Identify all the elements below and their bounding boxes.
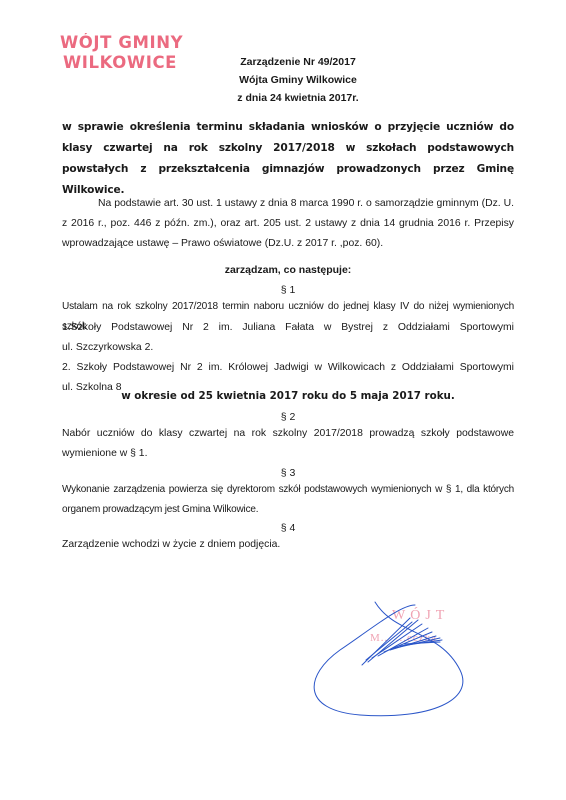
section-2-mark: § 2 [62,411,514,423]
school-1: 1.Szkoły Podstawowej Nr 2 im. Juliana Fa… [62,318,514,358]
signature-area: WÓJT M... ...eczka [300,580,500,730]
preamble: Na podstawie art. 30 ust. 1 ustawy z dni… [62,194,514,254]
document-date: z dnia 24 kwietnia 2017r. [200,89,396,107]
document-title-block: Zarządzenie Nr 49/2017 Wójta Gminy Wilko… [200,53,396,107]
document-title: Zarządzenie Nr 49/2017 [200,53,396,71]
document-subject: w sprawie określenia terminu składania w… [62,117,514,201]
school-1-name: 1.Szkoły Podstawowej Nr 2 im. Juliana Fa… [62,318,514,338]
school-1-address: ul. Szczyrkowska 2. [62,338,514,358]
section-4-text: Zarządzenie wchodzi w życie z dniem podj… [62,535,514,555]
section-1-period: w okresie od 25 kwietnia 2017 roku do 5 … [62,390,514,402]
school-2-name: 2. Szkoły Podstawowej Nr 2 im. Królowej … [62,358,514,378]
office-stamp: WÓJT GMINY WILKOWICE [60,33,183,73]
stamp-line-1: WÓJT GMINY [60,33,183,53]
section-4-mark: § 4 [62,522,514,534]
section-2-text: Nabór uczniów do klasy czwartej na rok s… [62,424,514,464]
decree-intro: zarządzam, co następuje: [62,264,514,276]
handwritten-signature-icon [300,580,500,730]
document-issuer: Wójta Gminy Wilkowice [200,71,396,89]
section-1-mark: § 1 [62,284,514,296]
section-3-mark: § 3 [62,467,514,479]
stamp-line-2: WILKOWICE [60,53,183,73]
section-3-text: Wykonanie zarządzenia powierza się dyrek… [62,480,514,520]
